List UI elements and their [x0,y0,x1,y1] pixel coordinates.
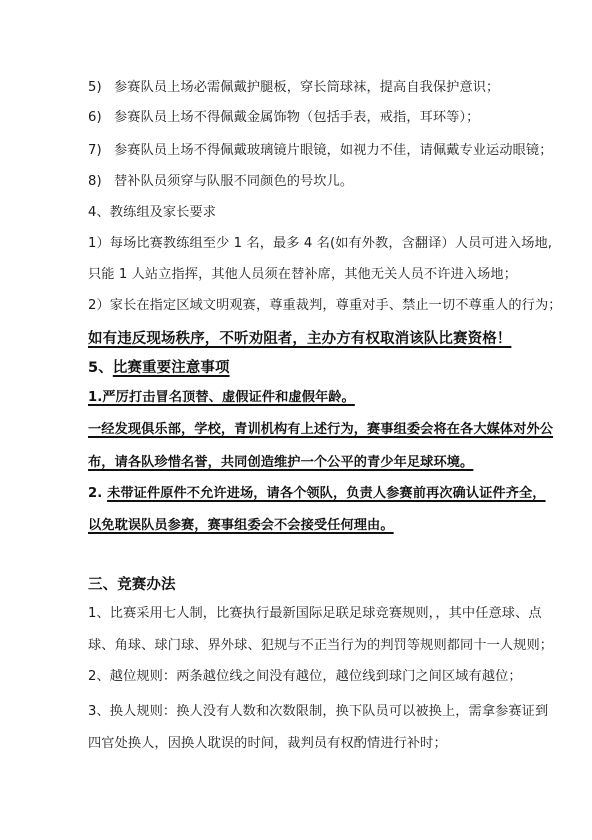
section5-item1-title: 1.严厉打击冒名顶替、虚假证件和虚假年龄。 [88,389,355,407]
section4-item2: 2）家长在指定区域文明观赛，尊重裁判，尊重对手、禁止一切不尊重人的行为； [88,297,562,315]
equipment-rule-8: 8)替补队员须穿与队服不同颜色的号坎儿。 [88,173,353,191]
section5-item1-line2: 布，请各队珍惜名誉，共同创造维护一个公平的青少年足球环境。 [88,454,473,472]
section3-rule1-line2: 球、角球、球门球、界外球、犯规与不正当行为的判罚等规则都同十一人规则； [88,637,553,655]
section4-item1-line1: 1）每场比赛教练组至少 1 名，最多 4 名(如有外教，含翻译）人员可进入场地, [88,235,552,253]
section3-title: 三、竞赛办法 [88,576,176,594]
equipment-rule-5: 5)参赛队员上场必需佩戴护腿板，穿长筒球袜，提高自我保护意识； [88,79,499,97]
section3-rule3-line1: 3、换人规则：换人没有人数和次数限制，换下队员可以被换上，需拿参赛证到 [88,703,548,721]
rule-number: 7) [88,142,114,160]
equipment-rule-7: 7)参赛队员上场不得佩戴玻璃镜片眼镜，如视力不佳，请佩戴专业运动眼镜； [88,142,552,160]
section5-item1-line1: 一经发现俱乐部，学校，青训机构有上述行为，赛事组委会将在各大媒体对外公 [88,421,553,439]
section3-rule1-line1: 1、比赛采用七人制，比赛执行最新国际足联足球竞赛规则，，其中任意球、点 [88,605,542,623]
rule-text: 参赛队员上场必需佩戴护腿板，穿长筒球袜，提高自我保护意识； [114,80,499,95]
equipment-rule-6: 6)参赛队员上场不得佩戴金属饰物（包括手表，戒指，耳环等）； [88,109,479,127]
rule-number: 8) [88,173,114,191]
section5-title: 比赛重要注意事项 [113,360,230,376]
rule-text: 替补队员须穿与队服不同颜色的号坎儿。 [114,174,353,189]
section5-item2-line1: 2. 未带证件原件不允许进场，请各个领队，负责人参赛前再次确认证件齐全， [88,485,546,503]
rule-text: 参赛队员上场不得佩戴玻璃镜片眼镜，如视力不佳，请佩戴专业运动眼镜； [114,143,552,158]
section5-heading: 5、比赛重要注意事项 [88,359,230,377]
section4-item1-line2: 只能 1 人站立指挥，其他人员须在替补席，其他无关人员不许进入场地； [88,266,517,284]
section4-title: 4、教练组及家长要求 [88,204,216,222]
section5-item2-line2: 以免耽误队员参赛，赛事组委会不会接受任何理由。 [88,517,394,535]
section3-rule2: 2、越位规则：两条越位线之间没有越位，越位线到球门之间区域有越位； [88,668,522,686]
section5-item2-text: 未带证件原件不允许进场，请各个领队，负责人参赛前再次确认证件齐全， [107,486,545,501]
rule-number: 6) [88,109,114,127]
section3-rule3-line2: 四官处换人，因换人耽误的时间，裁判员有权酌情进行补时； [88,735,447,753]
section4-warning: 如有违反现场秩序，不听劝阻者，主办方有权取消该队比赛资格！ [88,330,511,348]
rule-number: 5) [88,79,114,97]
rule-text: 参赛队员上场不得佩戴金属饰物（包括手表，戒指，耳环等）； [114,110,479,125]
section5-item2-prefix: 2. [88,486,107,501]
section5-prefix: 5、 [88,360,113,376]
